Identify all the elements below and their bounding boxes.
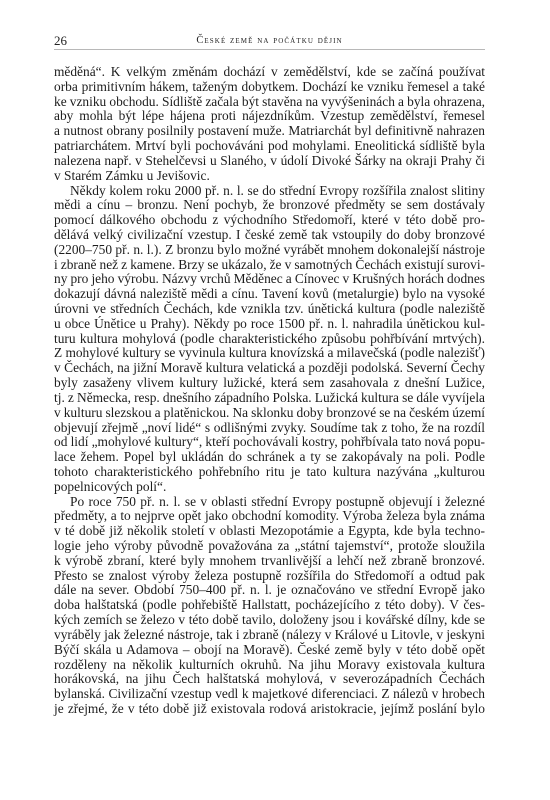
text-line: turu kultura mohylová (podle charakteris…: [54, 332, 485, 347]
text-line: k výrobě zbraní, které byly mnohem trvan…: [54, 554, 485, 569]
text-line: v kulturu slezskou a platěnickou. Na skl…: [54, 406, 485, 421]
text-line: kých zemích se železo v této době tavilo…: [54, 613, 485, 628]
text-line: ke vzniku obchodu. Sídliště začala být s…: [54, 95, 485, 110]
text-line: úrovni ve středních Čechách, kde vznikla…: [54, 302, 485, 317]
text-line: popelnicových polí“.: [54, 480, 485, 495]
text-line: pomocí dálkového obchodu z východního St…: [54, 213, 485, 228]
text-line: v Starém Zámku u Jevišovic.: [54, 169, 485, 184]
text-line: byly zasaženy vlivem kultury lužické, kt…: [54, 376, 485, 391]
text-line: v Čechách, na jižní Moravě kultura velat…: [54, 361, 485, 376]
text-line: horákovská, na jihu Čech halštatská mohy…: [54, 672, 485, 687]
text-line: rozděleny na několik kulturních okruhů. …: [54, 658, 485, 673]
text-line: dělává velký civilizační vzestup. I česk…: [54, 228, 485, 243]
text-line: dokazují dávná naleziště mědi a cínu. Ta…: [54, 287, 485, 302]
text-line: logie jeho výroby původně považována za …: [54, 539, 485, 554]
paragraph: měděná“. K velkým změnám dochází v zeměd…: [54, 65, 485, 184]
text-line: lace žehem. Popel byl ukládán do schráne…: [54, 450, 485, 465]
text-line: i zbraně než z kamene. Brzy se ukázalo, …: [54, 258, 485, 273]
text-line: předměty, a to nejprve opět jako obchodn…: [54, 509, 485, 524]
paragraph: Někdy kolem roku 2000 př. n. l. se do st…: [54, 184, 485, 495]
text-line: Po roce 750 př. n. l. se v oblasti střed…: [54, 495, 485, 510]
running-header: 26 České země na počátku dějin: [54, 33, 485, 50]
body-text: měděná“. K velkým změnám dochází v zeměd…: [54, 65, 485, 717]
text-line: dále na sever. Období 750–400 př. n. l. …: [54, 583, 485, 598]
text-line: Býčí skála u Adamova – obojí na Moravě).…: [54, 643, 485, 658]
text-line: u obce Únětice u Prahy). Někdy po roce 1…: [54, 317, 485, 332]
text-line: měděná“. K velkým změnám dochází v zeměd…: [54, 65, 485, 80]
text-line: od lidí „mohylové kultury“, kteří pochov…: [54, 435, 485, 450]
book-page: 26 České země na počátku dějin měděná“. …: [0, 0, 550, 800]
text-line: Někdy kolem roku 2000 př. n. l. se do st…: [54, 184, 485, 199]
text-line: tj. z Německa, resp. dnešního západního …: [54, 391, 485, 406]
text-line: mědi a cínu – bronzu. Není pochyb, že br…: [54, 198, 485, 213]
chapter-title: České země na počátku dějin: [54, 34, 485, 48]
text-line: doba halštatská (podle pohřebiště Hallst…: [54, 598, 485, 613]
text-line: nalezena např. v Stehelčevsi u Slaného, …: [54, 154, 485, 169]
text-line: tohoto charakteristického pohřebního rit…: [54, 465, 485, 480]
text-line: v té době již několik století v oblasti …: [54, 524, 485, 539]
text-line: vyráběly jak železné nástroje, tak i zbr…: [54, 628, 485, 643]
text-line: patriarchátem. Mrtví byli pochováváni po…: [54, 139, 485, 154]
text-line: je zřejmé, že v této době již existovala…: [54, 702, 485, 717]
text-line: Přesto se znalost výroby železa postupně…: [54, 569, 485, 584]
text-line: a nutnost obrany posilnily postavení muž…: [54, 124, 485, 139]
text-line: (2200–750 př. n. l.). Z bronzu bylo možn…: [54, 243, 485, 258]
paragraph: Po roce 750 př. n. l. se v oblasti střed…: [54, 495, 485, 717]
text-line: objevují zřejmě „noví lidé“ s odlišnými …: [54, 421, 485, 436]
text-line: Z mohylové kultury se vyvinula kultura k…: [54, 346, 485, 361]
text-line: ny pro jeho výrobu. Názvy vrchů Měděnec …: [54, 272, 485, 287]
text-line: orba primitivním hákem, taženým dobytkem…: [54, 80, 485, 95]
text-line: bylanská. Civilizační vzestup vedl k maj…: [54, 687, 485, 702]
text-line: aby mohla být lépe hájena proti nájezdní…: [54, 109, 485, 124]
